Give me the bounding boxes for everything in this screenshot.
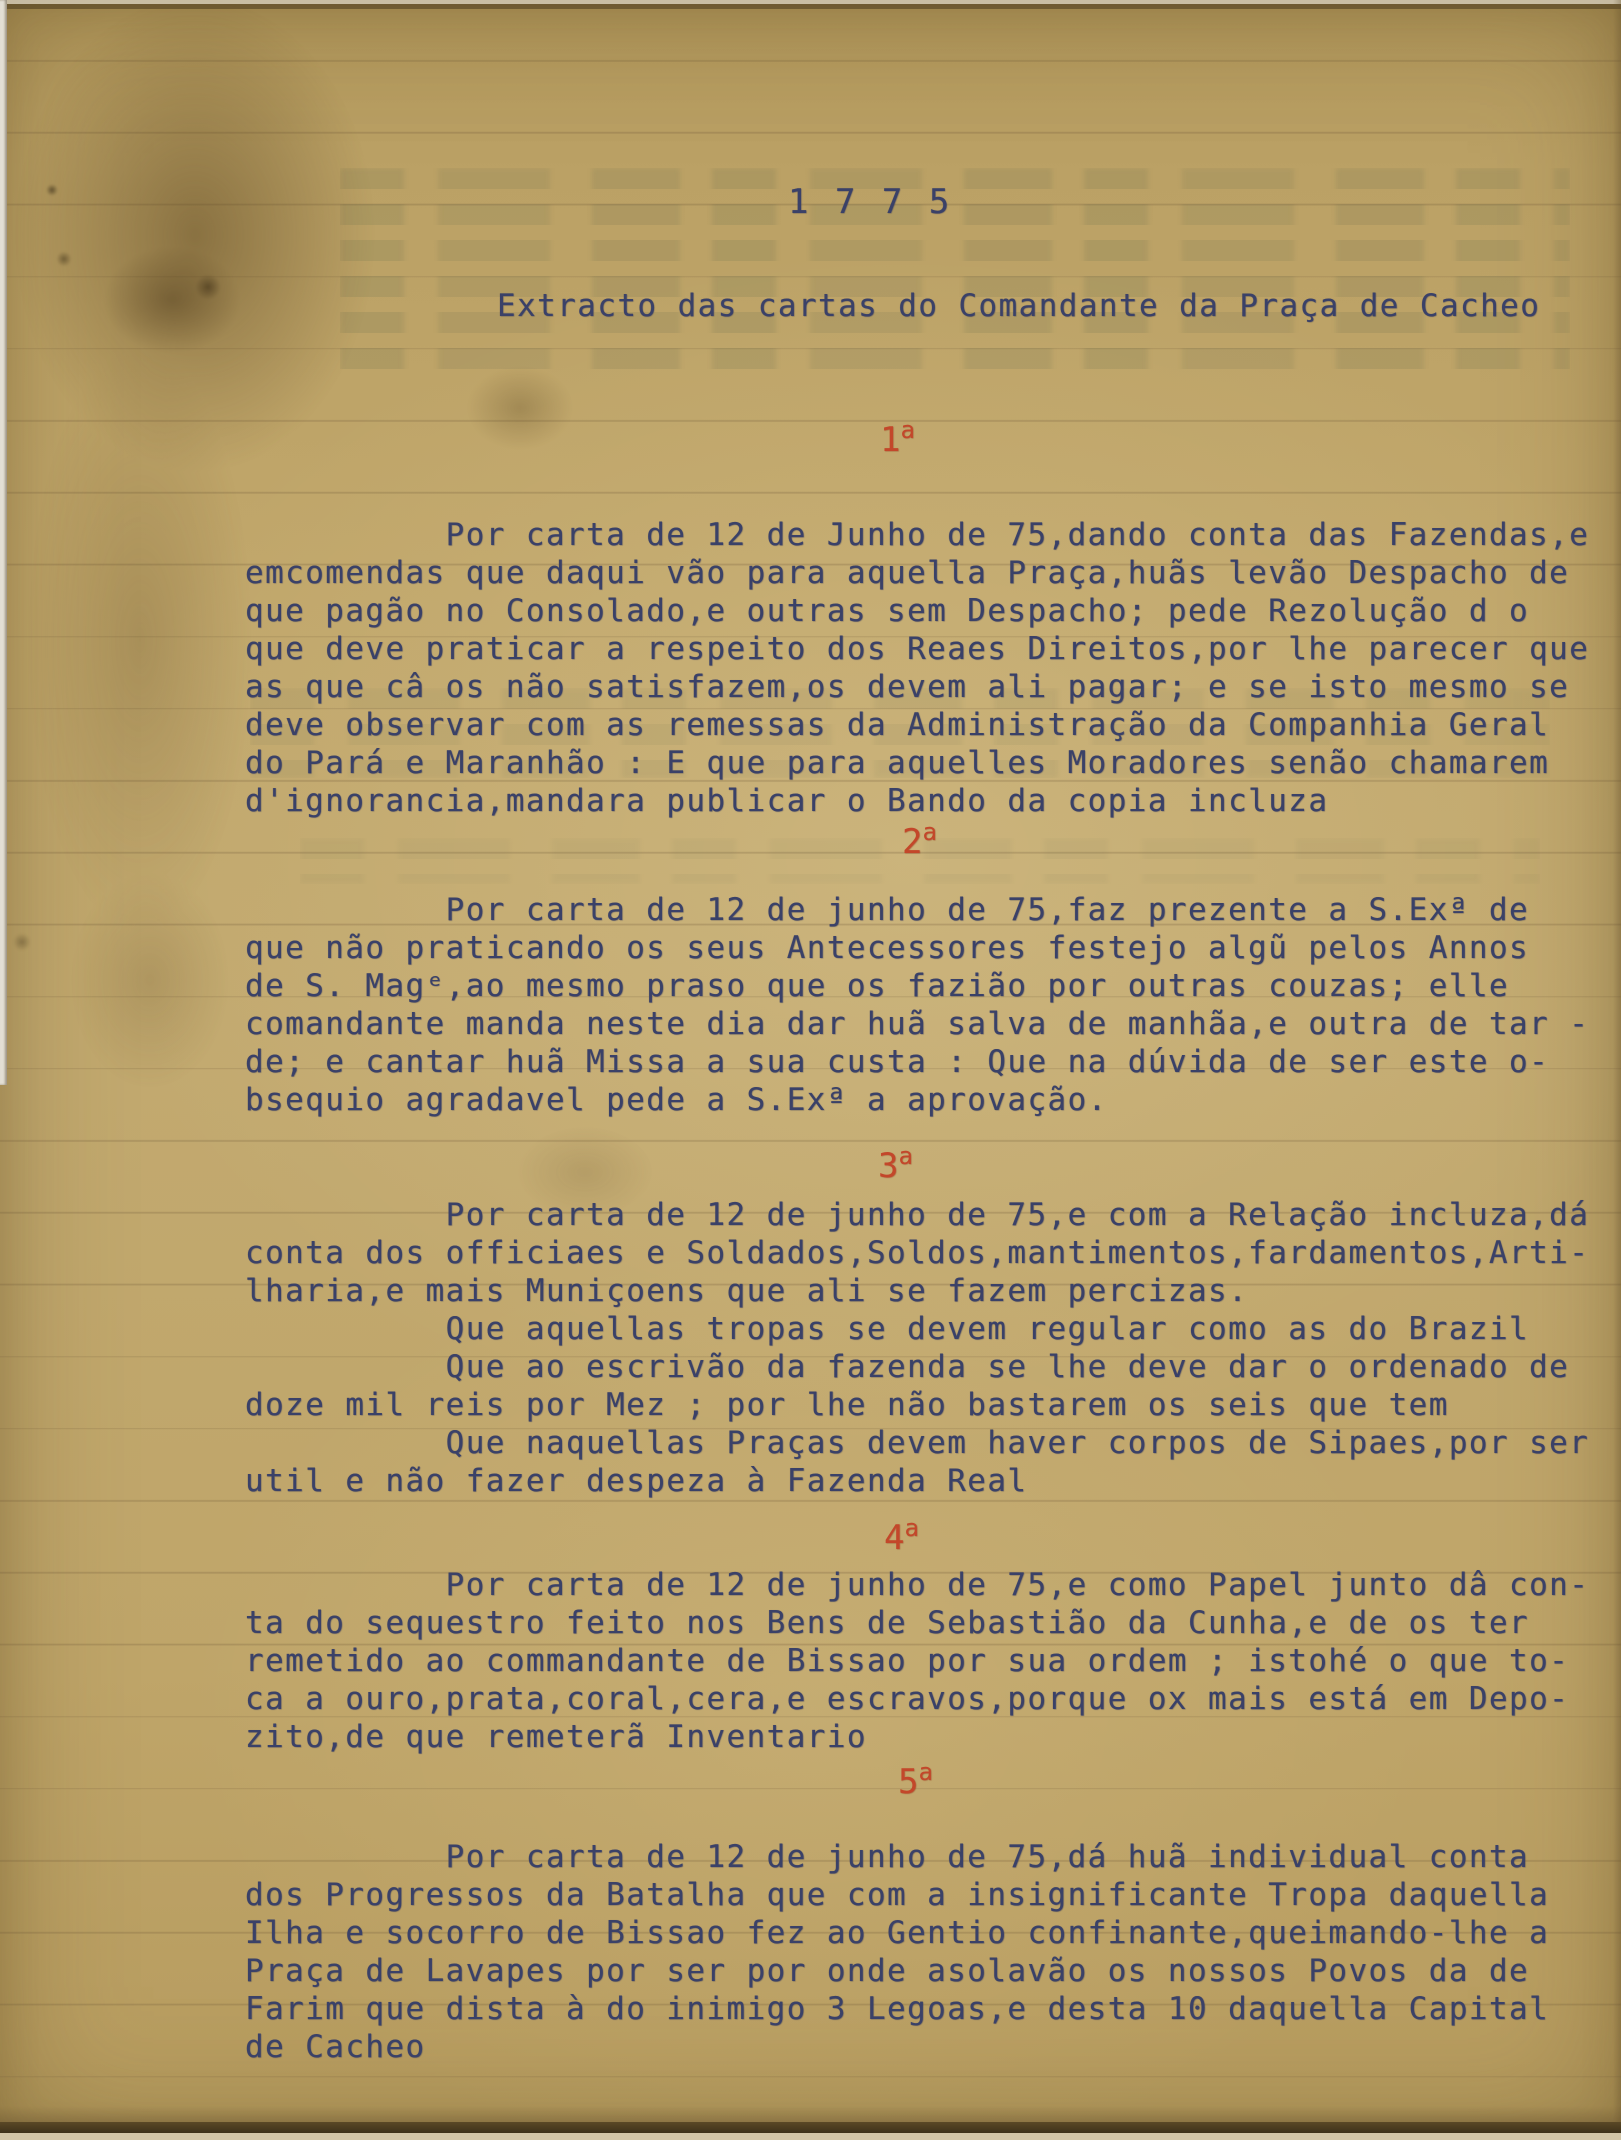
typewritten-line: d'ignorancia,mandara publicar o Bando da… (245, 782, 1615, 820)
typewritten-line: ta do sequestro feito nos Bens de Sebast… (245, 1604, 1615, 1642)
section-marker-ordinal: a (900, 416, 914, 444)
typewritten-line: conta dos officiaes e Soldados,Soldos,ma… (245, 1234, 1615, 1272)
page-edge-bottom (0, 2133, 1621, 2140)
scanned-document: 1 7 7 5 Extracto das cartas do Comandant… (0, 0, 1621, 2140)
typewritten-line: comandante manda neste dia dar huã salva… (245, 1005, 1615, 1043)
typewritten-line: de S. Magᵉ,ao mesmo praso que os fazião … (245, 967, 1615, 1005)
typewritten-line: as que câ os não satisfazem,os devem ali… (245, 668, 1615, 706)
typewritten-line: que deve praticar a respeito dos Reaes D… (245, 630, 1615, 668)
section-marker: 1a (880, 420, 915, 460)
typewritten-line: dos Progressos da Batalha que com a insi… (245, 1876, 1615, 1914)
typewritten-line: bsequio agradavel pede a S.Exª a aprovaç… (245, 1081, 1615, 1119)
section-marker: 2a (902, 822, 937, 862)
typewritten-line: Que naquellas Praças devem haver corpos … (245, 1424, 1615, 1462)
typewritten-line: Por carta de 12 de junho de 75,e como Pa… (245, 1566, 1615, 1604)
typewritten-line: Por carta de 12 de junho de 75,faz preze… (245, 891, 1615, 929)
section-marker: 4a (884, 1518, 919, 1558)
page-edge-left (0, 0, 7, 1085)
year-title: 1 7 7 5 (788, 182, 952, 222)
paragraph: Por carta de 12 de junho de 75,e com a R… (245, 1196, 1615, 1500)
typewritten-line: Por carta de 12 de junho de 75,e com a R… (245, 1196, 1615, 1234)
section-number: 3 (878, 1146, 898, 1186)
typewritten-line: lharia,e mais Muniçoens que ali se fazem… (245, 1272, 1615, 1310)
section-marker-ordinal: a (922, 818, 936, 846)
paragraph: Por carta de 12 de Junho de 75,dando con… (245, 516, 1615, 820)
typewritten-line: de; e cantar huã Missa a sua custa : Que… (245, 1043, 1615, 1081)
section-marker-ordinal: a (918, 1758, 932, 1786)
typewritten-line: remetido ao commandante de Bissao por su… (245, 1642, 1615, 1680)
typewritten-line: ca a ouro,prata,coral,cera,e escravos,po… (245, 1680, 1615, 1718)
section-number: 5 (898, 1762, 918, 1802)
typewritten-line: Ilha e socorro de Bissao fez ao Gentio c… (245, 1914, 1615, 1952)
typewritten-line: Por carta de 12 de junho de 75,dá huã in… (245, 1838, 1615, 1876)
page-edge-top (0, 4, 1621, 9)
typewritten-line: que pagão no Consolado,e outras sem Desp… (245, 592, 1615, 630)
section-marker-ordinal: a (898, 1142, 912, 1170)
section-marker: 3a (878, 1146, 913, 1186)
typewritten-line: deve observar com as remessas da Adminis… (245, 706, 1615, 744)
section-number: 1 (880, 420, 900, 460)
typewritten-line: util e não fazer despeza à Fazenda Real (245, 1462, 1615, 1500)
page-edge-right (1613, 0, 1621, 2140)
paragraph: Por carta de 12 de junho de 75,faz preze… (245, 891, 1615, 1119)
typewritten-line: Que ao escrivão da fazenda se lhe deve d… (245, 1348, 1615, 1386)
page-edge-bottom (0, 2122, 1621, 2133)
typewritten-line: do Pará e Maranhão : E que para aquelles… (245, 744, 1615, 782)
typewritten-line: Que aquellas tropas se devem regular com… (245, 1310, 1615, 1348)
typewritten-line: zito,de que remeterã Inventario (245, 1718, 1615, 1756)
typewritten-line: de Cacheo (245, 2028, 1615, 2066)
paragraph: Por carta de 12 de junho de 75,e como Pa… (245, 1566, 1615, 1756)
section-number: 2 (902, 822, 922, 862)
section-marker-ordinal: a (904, 1514, 918, 1542)
typewritten-line: Praça de Lavapes por ser por onde asolav… (245, 1952, 1615, 1990)
typewritten-line: emcomendas que daqui vão para aquella Pr… (245, 554, 1615, 592)
paragraph: Por carta de 12 de junho de 75,dá huã in… (245, 1838, 1615, 2066)
typewritten-line: Por carta de 12 de Junho de 75,dando con… (245, 516, 1615, 554)
typewritten-line: Farim que dista à do inimigo 3 Legoas,e … (245, 1990, 1615, 2028)
typewritten-line: doze mil reis por Mez ; por lhe não bast… (245, 1386, 1615, 1424)
document-subtitle: Extracto das cartas do Comandante da Pra… (497, 288, 1540, 324)
section-number: 4 (884, 1518, 904, 1558)
typewritten-line: que não praticando os seus Antecessores … (245, 929, 1615, 967)
section-marker: 5a (898, 1762, 933, 1802)
